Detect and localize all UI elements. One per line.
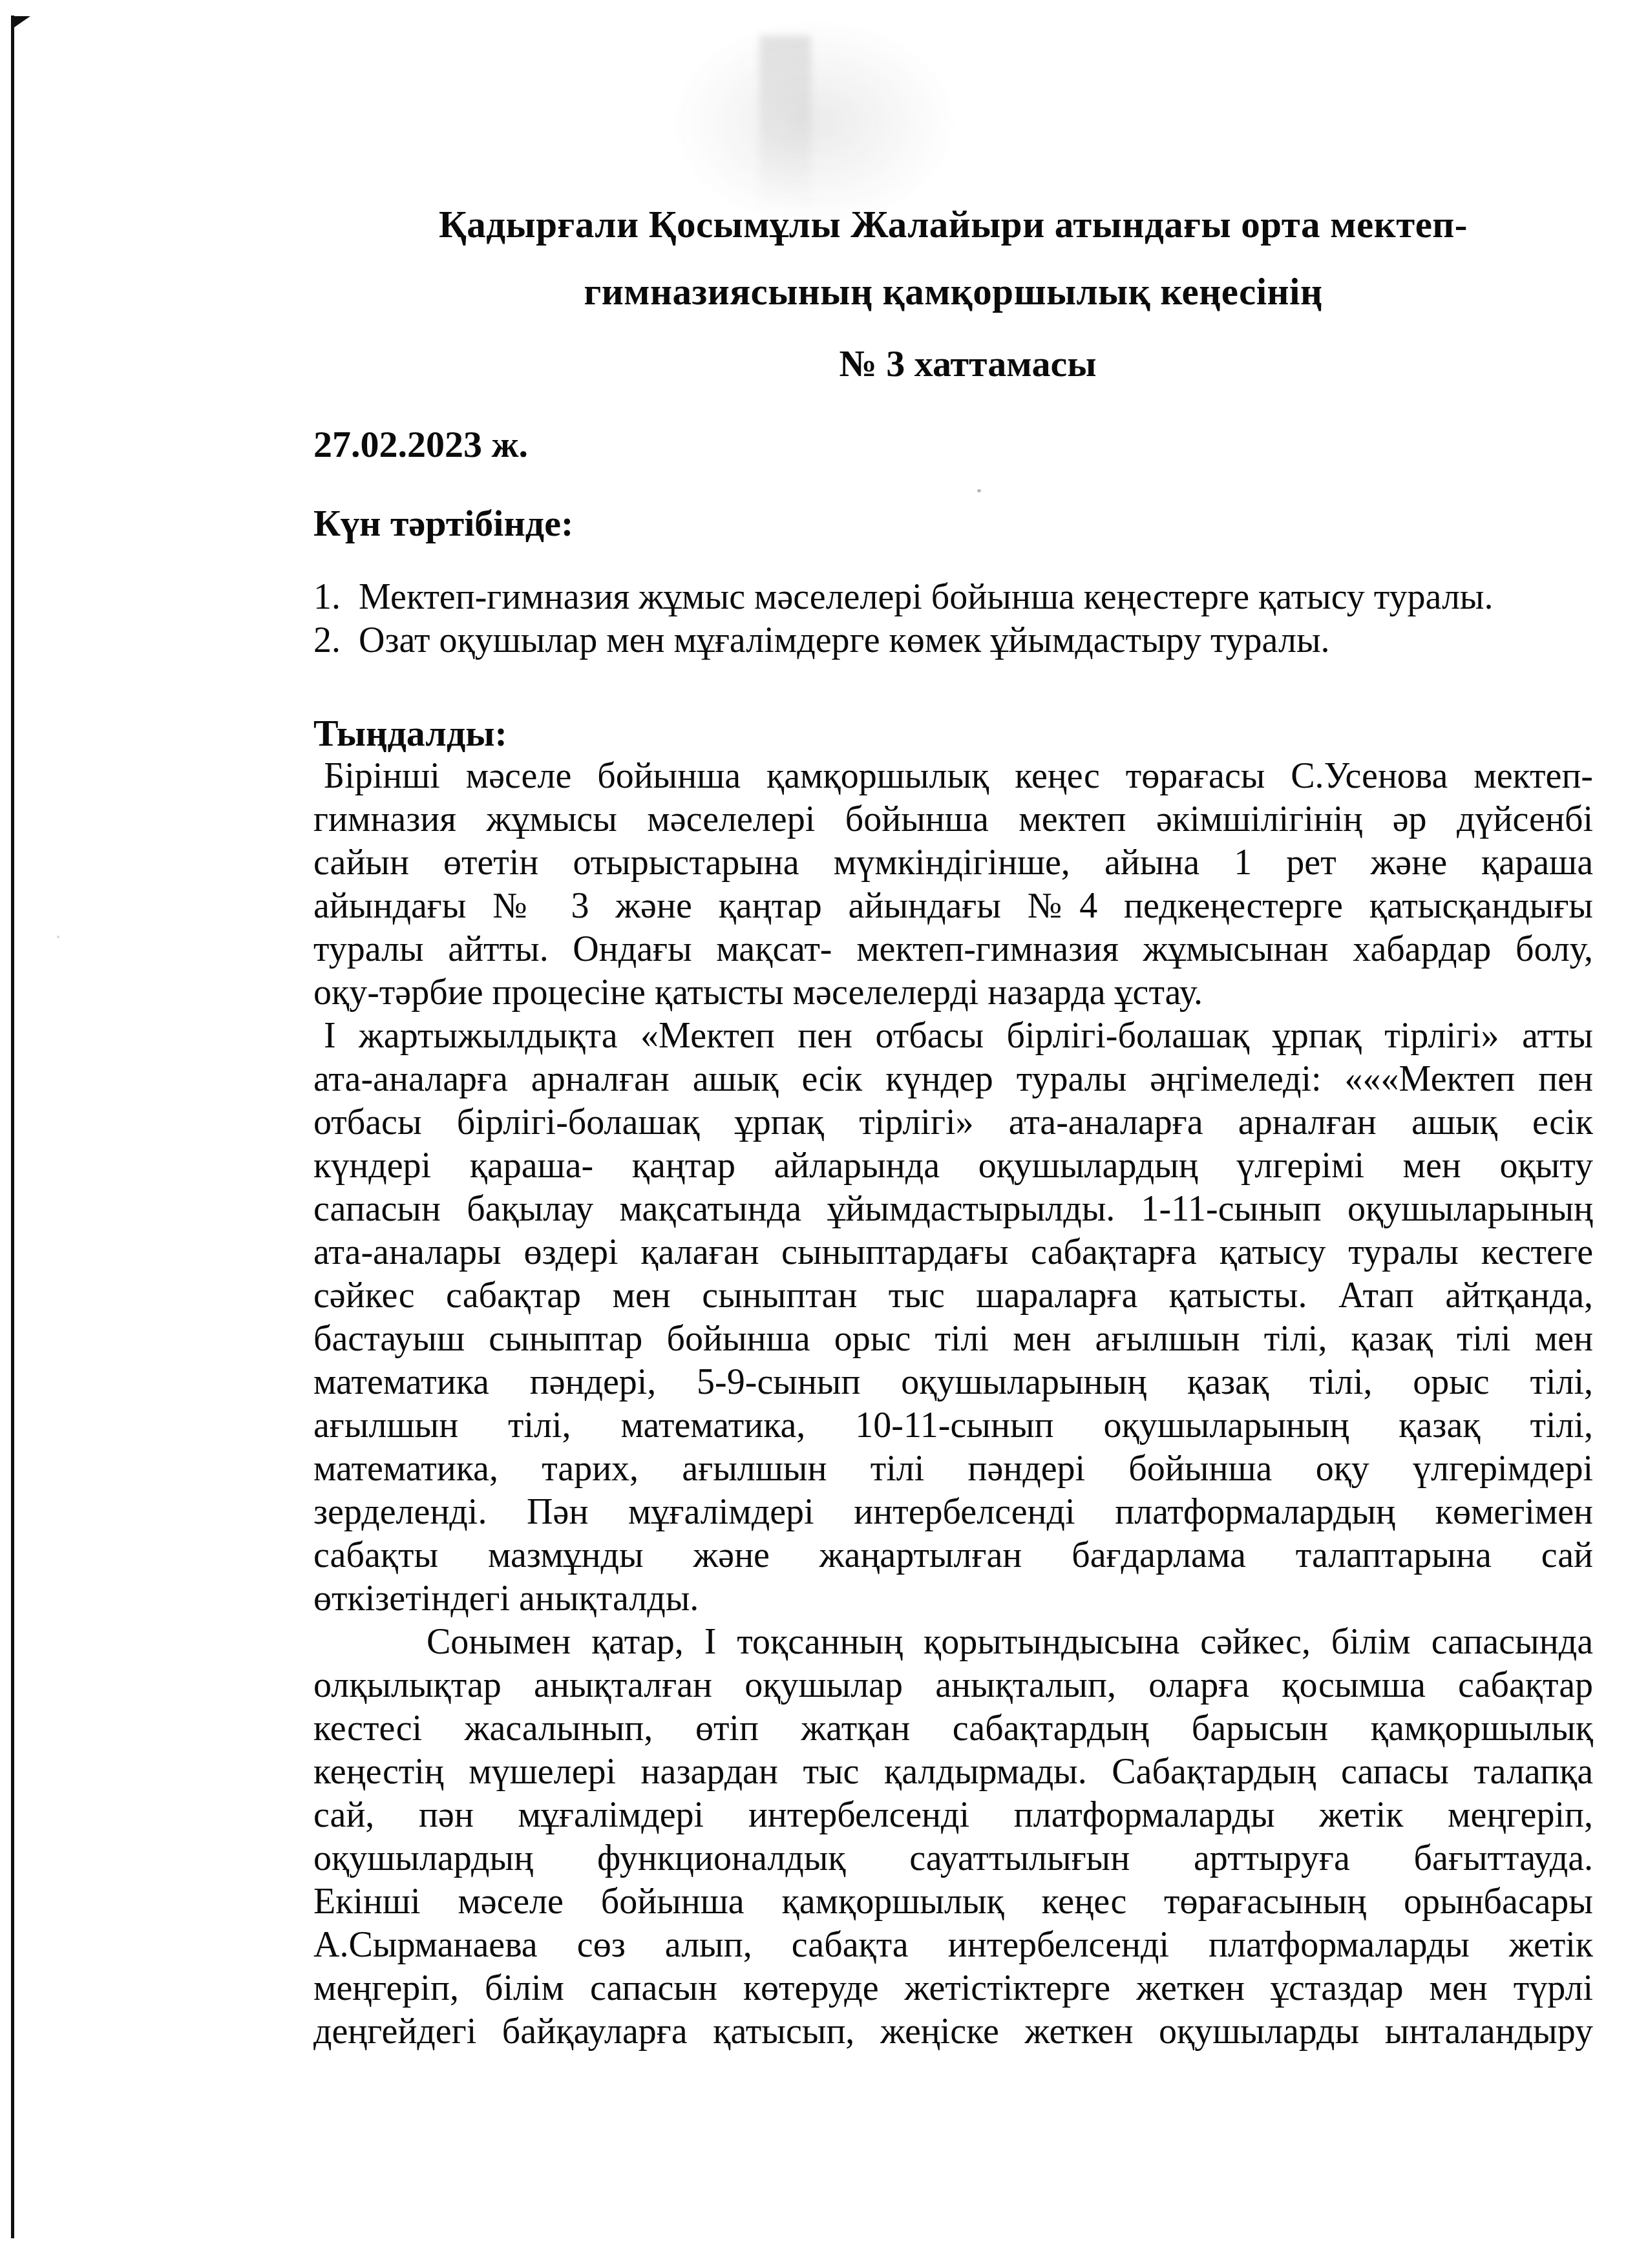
body-line: Екінші мәселе бойынша қамқоршылық кеңес … [313,1880,1593,1924]
body-line: олқылықтар анықталған оқушылар анықталып… [313,1664,1593,1707]
agenda-item-2: 2. Озат оқушылар мен мұғалімдерге көмек … [313,619,1593,662]
document-title-line1: Қадырғали Қосымұлы Жалайыри атындағы орт… [313,191,1593,258]
body-line: туралы айтты. Ондағы мақсат- мектеп-гимн… [313,928,1593,971]
body-line: сай, пән мұғалімдері интербелсенді платф… [313,1794,1593,1837]
body-line: зерделенді. Пән мұғалімдері интербелсенд… [313,1491,1593,1534]
body-line: айындағы № 3 және қаңтар айындағы №4 пед… [313,885,1593,928]
body-line: оқу-тәрбие процесіне қатысты мәселелерді… [313,971,1593,1014]
body-line: сәйкес сабақтар мен сыныптан тыс шаралар… [313,1274,1593,1318]
body-line: күндері қараша- қаңтар айларында оқушыла… [313,1144,1593,1188]
scan-speck-artifact [57,936,59,938]
scan-corner-fold-artifact [14,16,30,28]
body-line: ата-аналарға арналған ашық есік күндер т… [313,1058,1593,1101]
scanned-document-page: Қадырғали Қосымұлы Жалайыри атындағы орт… [0,0,1648,2268]
body-line: гимназия жұмысы мәселелері бойынша мекте… [313,798,1593,841]
document-title: Қадырғали Қосымұлы Жалайыри атындағы орт… [313,191,1593,325]
body-line: сабақты мазмұнды және жаңартылған бағдар… [313,1534,1593,1577]
body-line: математика, тарих, ағылшын тілі пәндері … [313,1447,1593,1491]
body-line: Сонымен қатар, І тоқсанның қорытындысына… [313,1621,1593,1664]
document-content: Қадырғали Қосымұлы Жалайыри атындағы орт… [313,0,1593,2053]
body-line: өткізетіндегі анықталды. [313,1577,1593,1621]
body-line: ағылшын тілі, математика, 10-11-сынып оқ… [313,1404,1593,1447]
agenda-heading: Күн тәртібінде: [313,501,1593,545]
body-line: Бірінші мәселе бойынша қамқоршылық кеңес… [313,755,1593,798]
document-date: 27.02.2023 ж. [313,423,1593,466]
protocol-number: № 3 хаттамасы [313,342,1593,385]
body-line: отбасы бірлігі-болашақ ұрпақ тірлігі» ат… [313,1101,1593,1144]
body-line: кестесі жасалынып, өтіп жатқан сабақтард… [313,1707,1593,1750]
body-line: А.Сырманаева сөз алып, сабақта интербелс… [313,1924,1593,1967]
body-line: бастауыш сыныптар бойынша орыс тілі мен … [313,1318,1593,1361]
agenda-item-1: 1. Мектеп-гимназия жұмыс мәселелері бойы… [313,576,1593,619]
document-title-line2: гимназиясының қамқоршылық кеңесінің [313,258,1593,325]
body-line: кеңестің мүшелері назардан тыс қалдырмад… [313,1750,1593,1794]
body-line: ата-аналары өздері қалаған сыныптардағы … [313,1231,1593,1274]
body-line: меңгеріп, білім сапасын көтеруде жетісті… [313,1967,1593,2010]
heard-heading: Тыңдалды: [313,711,1593,755]
body-line: деңгейдегі байқауларға қатысып, жеңіске … [313,2010,1593,2053]
agenda-list: 1. Мектеп-гимназия жұмыс мәселелері бойы… [313,576,1593,662]
body-line: сапасын бақылау мақсатында ұйымдастырылд… [313,1188,1593,1231]
body-line: оқушылардың функционалдық сауаттылығын а… [313,1837,1593,1880]
body-line: математика пәндері, 5-9-сынып оқушыларын… [313,1361,1593,1404]
body-line: сайын өтетін отырыстарына мүмкіндігінше,… [313,841,1593,885]
scan-edge-line-artifact [11,16,14,2238]
body-line: І жартыжылдықта «Мектеп пен отбасы бірлі… [313,1014,1593,1058]
body-text: Бірінші мәселе бойынша қамқоршылық кеңес… [313,755,1593,2053]
